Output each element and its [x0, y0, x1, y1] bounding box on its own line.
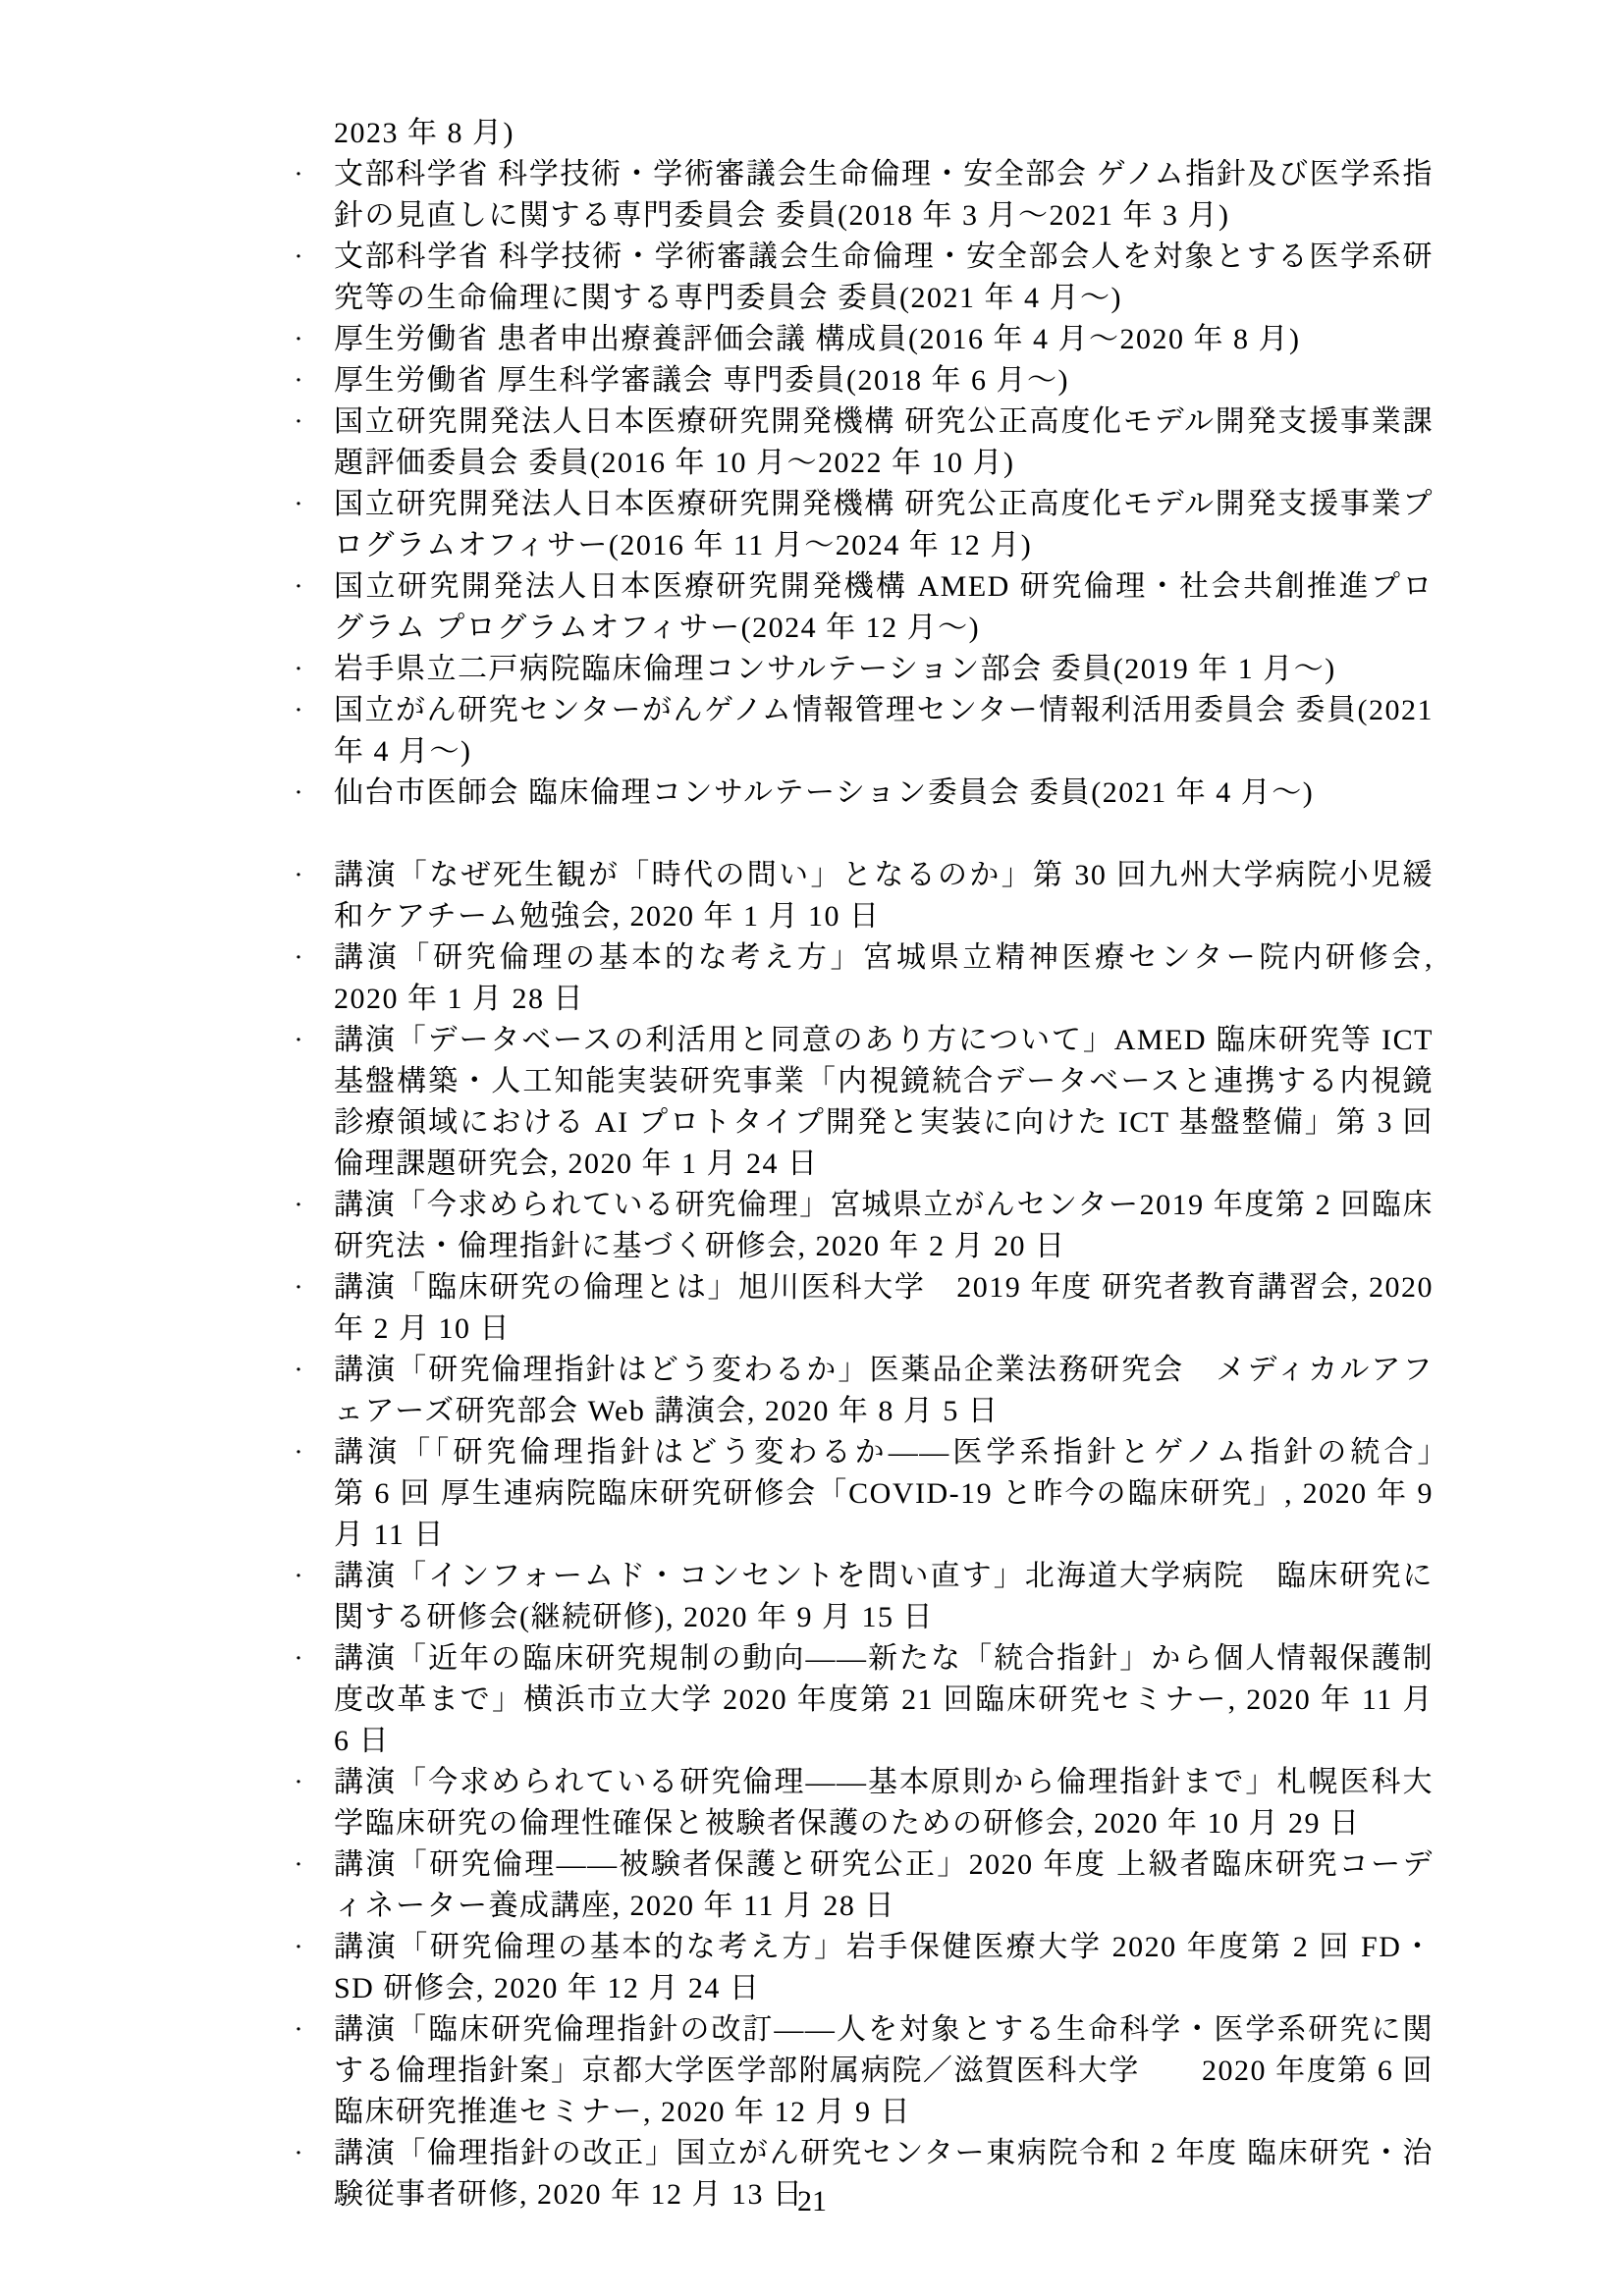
lecture-list-item: ・ 講演「研究倫理の基本的な考え方」宮城県立精神医療センター院内研修会, 202… [290, 937, 1434, 1020]
committee-item-text: 厚生労働省 患者申出療養評価会議 構成員(2016 年 4 月～2020 年 8… [334, 319, 1434, 360]
committee-item-text: 仙台市医師会 臨床倫理コンサルテーション委員会 委員(2021 年 4 月～) [334, 773, 1434, 814]
bullet-icon: ・ [290, 484, 334, 525]
lecture-item-text: 講演「研究倫理――被験者保護と研究公正」2020 年度 上級者臨床研究コーディネ… [334, 1844, 1434, 1927]
bullet-icon: ・ [290, 1185, 334, 1226]
committee-list-item: ・ 国立がん研究センターがんゲノム情報管理センター情報利活用委員会 委員(202… [290, 690, 1434, 773]
lecture-list-item: ・ 講演「研究倫理――被験者保護と研究公正」2020 年度 上級者臨床研究コーデ… [290, 1844, 1434, 1927]
committee-item-text: 国立研究開発法人日本医療研究開発機構 AMED 研究倫理・社会共創推進プログラム… [334, 566, 1434, 649]
committee-list-item: ・ 国立研究開発法人日本医療研究開発機構 研究公正高度化モデル開発支援事業課題評… [290, 401, 1434, 484]
lecture-list-item: ・ 講演「近年の臨床研究規制の動向――新たな「統合指針」から個人情報保護制度改革… [290, 1638, 1434, 1762]
lecture-item-text: 講演「「研究倫理指針はどう変わるか――医学系指針とゲノム指針の統合」 第 6 回… [334, 1432, 1434, 1556]
committee-item-text: 文部科学省 科学技術・学術審議会生命倫理・安全部会人を対象とする医学系研究等の生… [334, 237, 1434, 319]
lecture-item-text: 講演「臨床研究倫理指針の改訂――人を対象とする生命科学・医学系研究に関する倫理指… [334, 2009, 1434, 2133]
committee-list-item: ・ 国立研究開発法人日本医療研究開発機構 研究公正高度化モデル開発支援事業プログ… [290, 484, 1434, 566]
committee-membership-list: ・ 文部科学省 科学技術・学術審議会生命倫理・安全部会 ゲノム指針及び医学系指針… [290, 154, 1434, 814]
lecture-item-text: 講演「研究倫理指針はどう変わるか」医薬品企業法務研究会 メディカルアフェアーズ研… [334, 1350, 1434, 1432]
bullet-icon: ・ [290, 937, 334, 979]
committee-item-text: 文部科学省 科学技術・学術審議会生命倫理・安全部会 ゲノム指針及び医学系指針の見… [334, 154, 1434, 237]
bullet-icon: ・ [290, 1432, 334, 1473]
lecture-list-item: ・ 講演「研究倫理の基本的な考え方」岩手保健医療大学 2020 年度第 2 回 … [290, 1927, 1434, 2009]
bullet-icon: ・ [290, 1638, 334, 1680]
bullet-icon: ・ [290, 1762, 334, 1803]
committee-list-item: ・ 文部科学省 科学技術・学術審議会生命倫理・安全部会人を対象とする医学系研究等… [290, 237, 1434, 319]
lecture-list-item: ・ 講演「臨床研究倫理指針の改訂――人を対象とする生命科学・医学系研究に関する倫… [290, 2009, 1434, 2133]
committee-item-text: 国立研究開発法人日本医療研究開発機構 研究公正高度化モデル開発支援事業プログラム… [334, 484, 1434, 566]
bullet-icon: ・ [290, 1350, 334, 1391]
bullet-icon: ・ [290, 649, 334, 690]
bullet-icon: ・ [290, 401, 334, 443]
lecture-list-item: ・ 講演「研究倫理指針はどう変わるか」医薬品企業法務研究会 メディカルアフェアー… [290, 1350, 1434, 1432]
bullet-icon: ・ [290, 319, 334, 360]
committee-list-item: ・ 厚生労働省 患者申出療養評価会議 構成員(2016 年 4 月～2020 年… [290, 319, 1434, 360]
bullet-icon: ・ [290, 1927, 334, 1968]
page-content: 2023 年 8 月) ・ 文部科学省 科学技術・学術審議会生命倫理・安全部会 … [290, 113, 1434, 2216]
bullet-icon: ・ [290, 1556, 334, 1597]
continuation-line: 2023 年 8 月) [334, 113, 1434, 154]
lecture-item-text: 講演「今求められている研究倫理」宮城県立がんセンター2019 年度第 2 回臨床… [334, 1185, 1434, 1267]
bullet-icon: ・ [290, 855, 334, 896]
committee-list-item: ・ 文部科学省 科学技術・学術審議会生命倫理・安全部会 ゲノム指針及び医学系指針… [290, 154, 1434, 237]
bullet-icon: ・ [290, 2009, 334, 2051]
bullet-icon: ・ [290, 1844, 334, 1886]
committee-item-text: 国立研究開発法人日本医療研究開発機構 研究公正高度化モデル開発支援事業課題評価委… [334, 401, 1434, 484]
bullet-icon: ・ [290, 1020, 334, 1061]
lecture-list: ・ 講演「なぜ死生観が「時代の問い」となるのか」第 30 回九州大学病院小児緩和… [290, 855, 1434, 2216]
lecture-list-item: ・ 講演「インフォームド・コンセントを問い直す」北海道大学病院 臨床研究に関する… [290, 1556, 1434, 1638]
committee-item-text: 国立がん研究センターがんゲノム情報管理センター情報利活用委員会 委員(2021 … [334, 690, 1434, 773]
lecture-item-text: 講演「臨床研究の倫理とは」旭川医科大学 2019 年度 研究者教育講習会, 20… [334, 1267, 1434, 1350]
committee-item-text: 岩手県立二戸病院臨床倫理コンサルテーション部会 委員(2019 年 1 月～) [334, 649, 1434, 690]
lecture-list-item: ・ 講演「なぜ死生観が「時代の問い」となるのか」第 30 回九州大学病院小児緩和… [290, 855, 1434, 937]
lecture-list-item: ・ 講演「今求められている研究倫理――基本原則から倫理指針まで」札幌医科大学臨床… [290, 1762, 1434, 1844]
committee-list-item: ・ 岩手県立二戸病院臨床倫理コンサルテーション部会 委員(2019 年 1 月～… [290, 649, 1434, 690]
committee-list-item: ・ 仙台市医師会 臨床倫理コンサルテーション委員会 委員(2021 年 4 月～… [290, 773, 1434, 814]
bullet-icon: ・ [290, 773, 334, 814]
bullet-icon: ・ [290, 360, 334, 401]
committee-item-text: 厚生労働省 厚生科学審議会 専門委員(2018 年 6 月～) [334, 360, 1434, 401]
bullet-icon: ・ [290, 566, 334, 608]
bullet-icon: ・ [290, 154, 334, 195]
lecture-list-item: ・ 講演「「研究倫理指針はどう変わるか――医学系指針とゲノム指針の統合」 第 6… [290, 1432, 1434, 1556]
committee-list-item: ・ 国立研究開発法人日本医療研究開発機構 AMED 研究倫理・社会共創推進プログ… [290, 566, 1434, 649]
document-page: 2023 年 8 月) ・ 文部科学省 科学技術・学術審議会生命倫理・安全部会 … [0, 0, 1624, 2296]
bullet-icon: ・ [290, 690, 334, 731]
section-gap [290, 814, 1434, 855]
bullet-icon: ・ [290, 2133, 334, 2174]
lecture-item-text: 講演「データベースの利活用と同意のあり方について」AMED 臨床研究等 ICT … [334, 1020, 1434, 1185]
lecture-item-text: 講演「研究倫理の基本的な考え方」岩手保健医療大学 2020 年度第 2 回 FD… [334, 1927, 1434, 2009]
lecture-item-text: 講演「インフォームド・コンセントを問い直す」北海道大学病院 臨床研究に関する研修… [334, 1556, 1434, 1638]
lecture-item-text: 講演「なぜ死生観が「時代の問い」となるのか」第 30 回九州大学病院小児緩和ケア… [334, 855, 1434, 937]
lecture-list-item: ・ 講演「今求められている研究倫理」宮城県立がんセンター2019 年度第 2 回… [290, 1185, 1434, 1267]
lecture-list-item: ・ 講演「データベースの利活用と同意のあり方について」AMED 臨床研究等 IC… [290, 1020, 1434, 1185]
lecture-item-text: 講演「研究倫理の基本的な考え方」宮城県立精神医療センター院内研修会, 2020 … [334, 937, 1434, 1020]
lecture-item-text: 講演「今求められている研究倫理――基本原則から倫理指針まで」札幌医科大学臨床研究… [334, 1762, 1434, 1844]
page-number: 21 [0, 2181, 1624, 2222]
lecture-list-item: ・ 講演「臨床研究の倫理とは」旭川医科大学 2019 年度 研究者教育講習会, … [290, 1267, 1434, 1350]
lecture-item-text: 講演「近年の臨床研究規制の動向――新たな「統合指針」から個人情報保護制度改革まで… [334, 1638, 1434, 1762]
committee-list-item: ・ 厚生労働省 厚生科学審議会 専門委員(2018 年 6 月～) [290, 360, 1434, 401]
bullet-icon: ・ [290, 1267, 334, 1308]
bullet-icon: ・ [290, 237, 334, 278]
